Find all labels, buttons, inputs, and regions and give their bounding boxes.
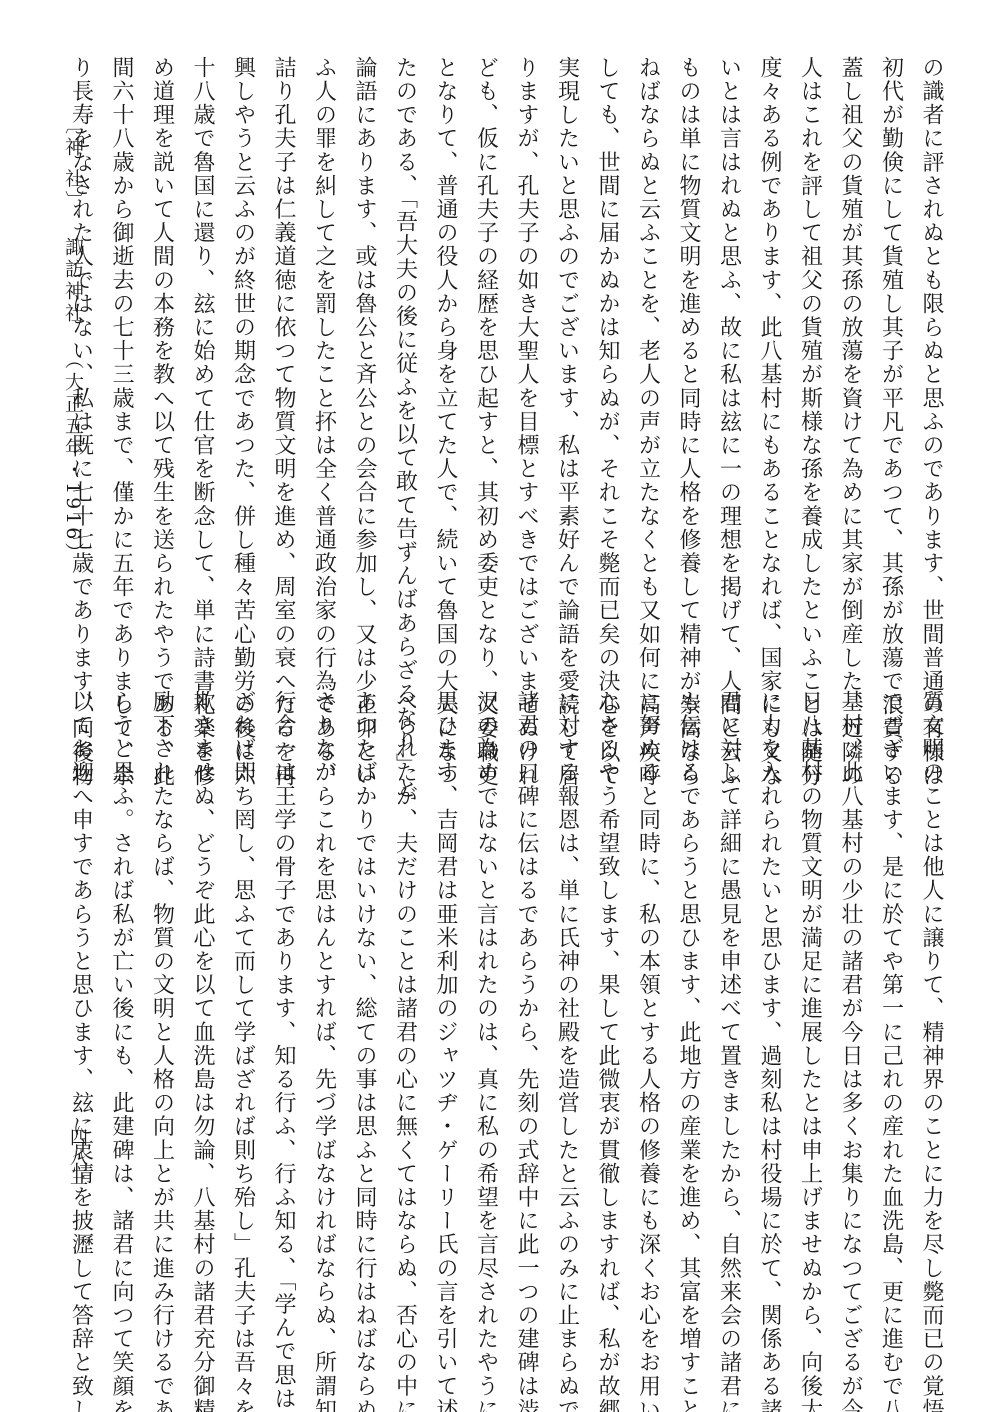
text-column: たのである、「吾大夫の後に従ふを以て敢て告ずんばあらざるなり」と: [384, 56, 425, 656]
text-column: しても、世間に届かぬかは知らぬが、それこそ斃而已矣の決心を以て: [587, 56, 628, 656]
text-column: あつたばかりではいけない、総ての事は思ふと同時に行はねばならぬ: [344, 690, 385, 1290]
text-column: 思ひます、吉岡君は亜米利加のジャツヂ・ゲーリー氏の言を引いて述: [425, 690, 466, 1290]
text-column: 人はこれを評して祖父の貨殖が斯様な孫を養成したといふことは随分: [789, 56, 830, 656]
text-column: なさるやう希望致します、果して此微衷が貫徹しますれば、私が故郷: [587, 690, 628, 1290]
text-column: 諸君の口碑に伝はるであらうから、先刻の式辞中に此一つの建碑は渋: [506, 690, 547, 1290]
text-column: らうと思ふ。されば私が亡い後にも、此建碑は、諸君に向つて笑顔を: [101, 690, 142, 1290]
section-label: 〔神 社〕: [60, 115, 87, 212]
upper-text-block: の識者に評されぬとも限らぬと思ふのであります、世間普通の有様は 初代が勤倹にして…: [60, 56, 951, 656]
text-column: 実現したいと思ふのでございます、私は平素好んで論語を愛読して居: [546, 56, 587, 656]
header-title: 諏訪神社: [60, 237, 87, 325]
text-column: に対する報恩は、単に氏神の社殿を造営したと云ふのみに止まらぬで: [546, 690, 587, 1290]
text-column: ども、仮に孔夫子の経歴を思ひ起すと、其初め委吏となり、又委職吏: [465, 56, 506, 656]
text-column: 十八歳で魯国に還り、玆に始めて仕官を断念して、単に詩書礼楽を修: [182, 56, 223, 656]
text-column: りますが、孔夫子の如き大聖人を目標とすべきではございませぬけれ: [506, 56, 547, 656]
text-column: の識者に評されぬとも限らぬと思ふのであります、世間普通の有様は: [911, 56, 952, 656]
text-column: 以てお迎へ申すであらうと思ひます、玆に衷情を披瀝して答辞と致し: [60, 690, 101, 1290]
text-column: ものは単に物質文明を進めると同時に人格を修養して精神が崇高なら: [668, 56, 709, 656]
lower-text-block: 質文明のことは他人に譲りて、精神界のことに力を尽し斃而已の覚悟 でございます、是…: [60, 690, 951, 1290]
text-column: いとは言はれぬと思ふ、故に私は玆に一の理想を掲げて、人間と云ふ: [708, 56, 749, 656]
text-column: ねばならぬと云ふことを、老人の声が立たなくとも又如何に高声疾呼: [627, 56, 668, 656]
text-column: 間六十八歳から御逝去の七十三歳まで、僅かに五年でありまして、余: [101, 56, 142, 656]
text-column: ざれば即ち罔し、思ふて而して学ばざれば則ち殆し」孔夫子は吾々を: [222, 690, 263, 1290]
text-column: 欺きませぬ、どうぞ此心を以て血洗島は勿論、八基村の諸君充分御精: [182, 690, 223, 1290]
text-column: 蓋し祖父の貨殖が其孫の放蕩を資けて為めに其家が倒産した、近隣の: [830, 56, 871, 656]
text-column: 初代が勤倹にして貨殖し其子が平凡であつて、其孫が放蕩で浪費する: [870, 56, 911, 656]
text-column: 君に対して詳細に愚見を申述べて置きましたから、自然来会の諸君に: [708, 690, 749, 1290]
text-column: 詰り孔夫子は仁義道徳に依つて物質文明を進め、周室の衰へたるを再: [263, 56, 304, 656]
text-column: でございます、是に於てや第一に己れの産れた血洗島、更に進むで八: [870, 690, 911, 1290]
text-column: 度々ある例であります、此八基村にもあることなれば、国家にも又な: [749, 56, 790, 656]
text-column: ふ人の罪を糾して之を罰したこと抔は全く普通政治家の行為である、: [303, 56, 344, 656]
text-column: に力を入れられたいと思ひます、過刻私は村役場に於て、関係ある諸: [749, 690, 790, 1290]
text-column: 基村、此八基村の少壮の諸君が今日は多くお集りになつてござるが今: [830, 690, 871, 1290]
text-column: 励下されたならば、物質の文明と人格の向上とが共に進み行けるであ: [141, 690, 182, 1290]
text-column: も伝はるであらうと思ひます、此地方の産業を進め、其富を増すこと: [668, 690, 709, 1290]
text-column: となりて、普通の役人から身を立てた人で、続いて魯国の大夫になつ: [425, 56, 466, 656]
text-column: 質文明のことは他人に譲りて、精神界のことに力を尽し斃而已の覚悟: [911, 690, 952, 1290]
text-column: 興しやうと云ふのが終世の期念であつた、併し種々苦心勤労の後に六: [222, 56, 263, 656]
text-column: べられたが、夫だけのことは諸君の心に無くてはならぬ、否心の中に: [384, 690, 425, 1290]
page-number: 四八三: [64, 1128, 90, 1188]
text-column: さりながらこれを思はんとすれば、先づ学ばなければならぬ、所謂知: [303, 690, 344, 1290]
text-column: 論語にあります、或は魯公と斉公との会合に参加し、又は少正卯とい: [344, 56, 385, 656]
header-era: （大正五年・1916）: [60, 350, 87, 564]
text-column: め道理を説いて人間の本務を教へ以て残生を送られたやうである、此: [141, 56, 182, 656]
text-column: 日八基村の物質文明が満足に進展したとは申上げませぬから、向後大: [789, 690, 830, 1290]
text-column: に努めると同時に、私の本領とする人格の修養にも深くお心をお用い: [627, 690, 668, 1290]
running-header: 〔神 社〕 諏訪神社 （大正五年・1916）: [60, 115, 87, 581]
text-column: 沢の為めではないと言はれたのは、真に私の希望を言尽されたやうに: [465, 690, 506, 1290]
text-column: 行合一は王学の骨子であります、知る行ふ、行ふ知る、「学んで思は: [263, 690, 304, 1290]
